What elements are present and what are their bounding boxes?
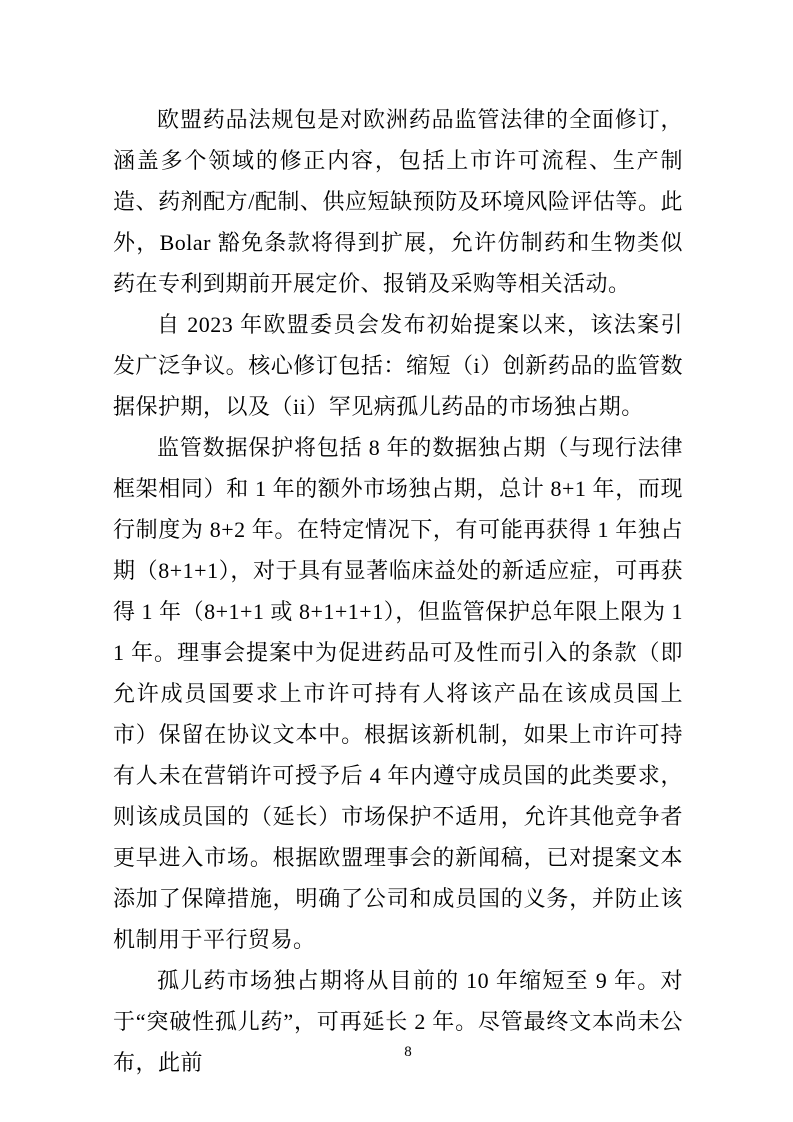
body-paragraph-4: 孤儿药市场独占期将从目前的 10 年缩短至 9 年。对于“突破性孤儿药”，可再延…	[113, 960, 683, 1083]
body-paragraph-3: 监管数据保护将包括 8 年的数据独占期（与现行法律框架相同）和 1 年的额外市场…	[113, 427, 683, 960]
body-paragraph-2: 自 2023 年欧盟委员会发布初始提案以来，该法案引发广泛争议。核心修订包括：缩…	[113, 304, 683, 427]
page-footer: 8	[113, 1042, 703, 1062]
document-body: 欧盟药品法规包是对欧洲药品监管法律的全面修订，涵盖多个领域的修正内容，包括上市许…	[113, 99, 683, 1083]
document-page: 欧盟药品法规包是对欧洲药品监管法律的全面修订，涵盖多个领域的修正内容，包括上市许…	[0, 0, 793, 1122]
body-paragraph-1: 欧盟药品法规包是对欧洲药品监管法律的全面修订，涵盖多个领域的修正内容，包括上市许…	[113, 99, 683, 304]
page-number: 8	[404, 1044, 412, 1060]
